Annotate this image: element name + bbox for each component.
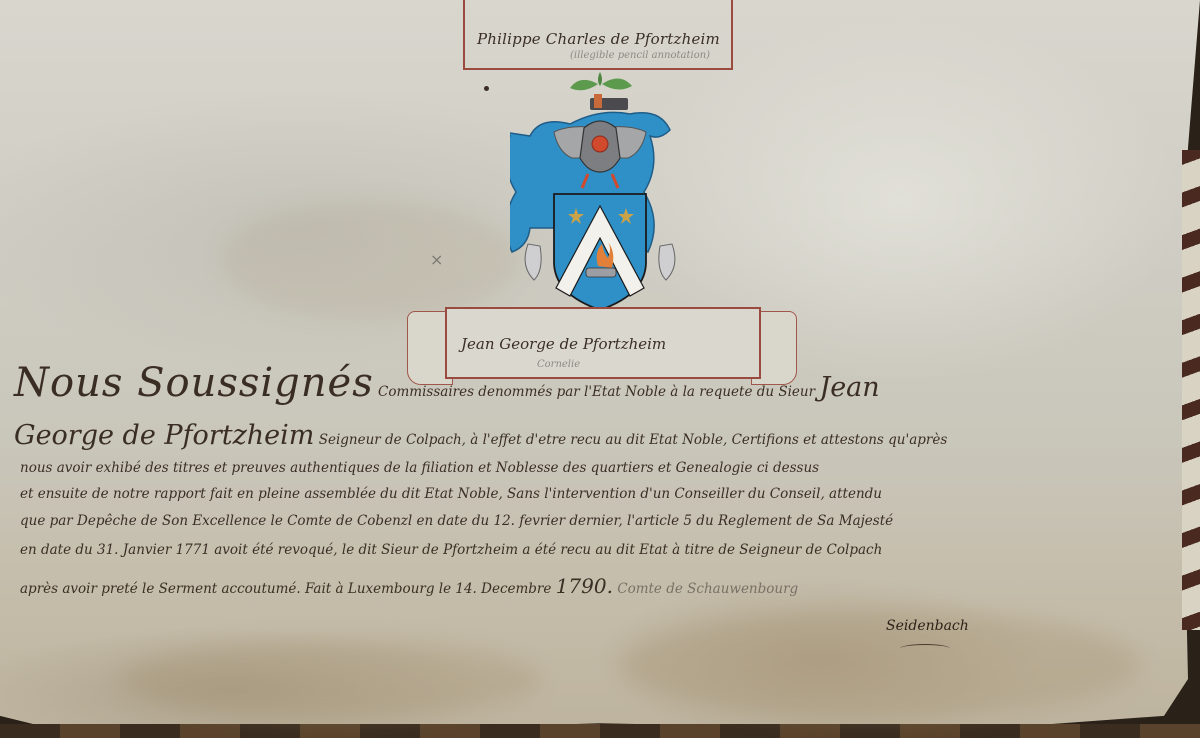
water-stain [620, 610, 1140, 720]
heading-nous-soussignes: Nous Soussignés [14, 360, 374, 406]
body-line-7: après avoir preté le Serment accoutumé. … [20, 581, 551, 597]
top-name-label: Philippe Charles de Pfortzheim [477, 30, 720, 48]
body-line-1-name: Jean [819, 372, 879, 403]
ink-spot [484, 86, 489, 91]
banner-name-label: Jean George de Pfortzheim [461, 335, 666, 353]
top-name-pencil-note: (illegible pencil annotation) [570, 50, 710, 61]
coat-of-arms-icon [510, 66, 690, 314]
body-line-4: et ensuite de notre rapport fait en plei… [20, 486, 882, 502]
body-line-2-name: George de Pfortzheim [14, 420, 314, 451]
body-line-6: en date du 31. Janvier 1771 avoit été re… [20, 542, 882, 558]
faded-signatory: Comte de Schauwenbourg [617, 581, 798, 597]
signature: Seidenbach [886, 618, 969, 634]
cross-mark: × [430, 250, 443, 269]
background-surface-bottom [0, 724, 1200, 738]
body-line-1: Commissaires denommés par l'Etat Noble à… [378, 384, 815, 400]
background-fabric-right [1182, 150, 1200, 630]
body-line-2: Seigneur de Colpach, à l'effet d'etre re… [319, 432, 948, 448]
water-stain [220, 200, 520, 320]
top-name-box: Philippe Charles de Pfortzheim (illegibl… [463, 0, 733, 70]
body-line-3: nous avoir exhibé des titres et preuves … [20, 460, 819, 476]
water-stain [120, 640, 540, 720]
coat-of-arms [510, 66, 690, 314]
body-line-5: que par Depêche de Son Excellence le Com… [20, 513, 893, 529]
document-year: 1790. [556, 574, 613, 598]
signature-flourish [900, 644, 950, 653]
